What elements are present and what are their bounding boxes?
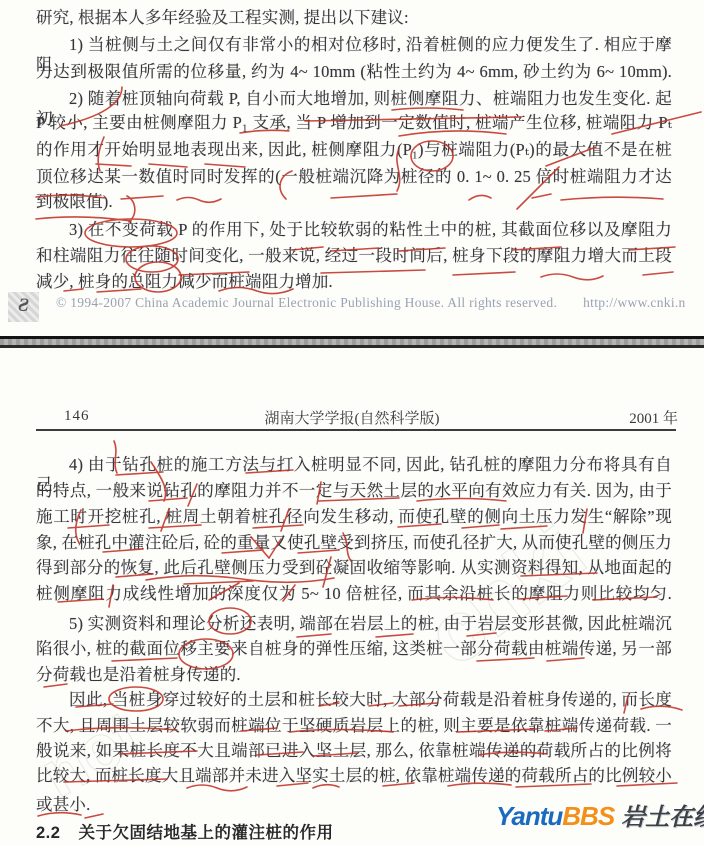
logo-yantu-text: Yantu	[496, 801, 562, 831]
text-line: 和柱端阻力往往随时间变化, 一般来说, 经过一段时间后, 桩身下段的摩阻力增大而…	[36, 246, 672, 268]
text-line: 得到部分的恢复, 此后孔壁侧压力受到砼凝固收缩等影响. 从实测资料得知, 从地面…	[36, 558, 672, 580]
cnki-logo-icon: Ƨ	[8, 292, 39, 322]
text-line: 桩侧摩阻力成线性增加的深度仅为 5~ 10 倍桩径, 而其余沿桩长的摩阻力则比较…	[36, 584, 672, 606]
text-line: 不大, 且周围土层较软弱而桩端位于坚硬质岩层上的桩, 则主要是依靠桩端传递荷载.…	[36, 716, 672, 738]
text-line: 般说来, 如果桩长度不大且端部已进入坚土层, 那么, 依靠桩端传递的荷载所占的比…	[36, 741, 672, 763]
section-heading: 2.2关于欠固结地基上的灌注桩的作用	[36, 819, 333, 843]
text-line: 4) 由于钻孔桩的施工方法与打入桩明显不同, 因此, 钻孔桩的摩阻力分布将具有自…	[36, 455, 672, 477]
journal-title: 湖南大学学报(自然科学版)	[0, 407, 704, 428]
text-line: 的作用才开始明显地表现出来, 因此, 桩侧摩阻力(P₁)与桩端阻力(Pₜ)的最大…	[36, 140, 672, 162]
text-line: 的特点, 一般来说钻孔的摩阻力并不一定与天然土层的水平向有效应力有关. 因为, …	[36, 481, 672, 503]
scanned-document-page: cnki net 研究, 根据本人多年经验及工程实测, 提出以下建议: 1) 当…	[0, 0, 704, 845]
text-line: 象, 在桩孔中灌注砼后, 砼的重量又使孔壁受到挤压, 而使孔径扩大, 从而使孔壁…	[36, 533, 672, 555]
copyright-url: http://www.cnki.n	[583, 295, 685, 310]
section-number: 2.2	[36, 824, 60, 842]
publication-year: 2001 年	[629, 407, 678, 428]
text-line: 比较大, 而桩长度大且端部并未进入坚实土层的桩, 依靠桩端传递的荷载所占的比例较…	[36, 766, 672, 788]
text-line: P 较小, 主要由桩侧摩阻力 P₁ 支承, 当 P 增加到一定数值时, 桩端产生…	[36, 113, 672, 135]
logo-bbs-text: BBS	[562, 801, 614, 831]
text-line: 顶位移达某一数值时同时发挥的(一般桩端沉降为桩径的 0. 1~ 0. 25 倍时…	[36, 167, 672, 189]
section-title: 关于欠固结地基上的灌注桩的作用	[78, 824, 333, 842]
page-break-divider	[0, 336, 704, 349]
text-line: 施工时开挖桩孔, 桩周土朝着桩孔径向发生移动, 而使孔壁的侧向土压力发生“解除”…	[36, 507, 672, 529]
logo-cn-text: 岩土在线	[621, 804, 704, 831]
text-line: 分荷载也是沿着桩身传递的.	[36, 665, 672, 687]
text-line: 因此, 当桩身穿过较好的土层和桩长较大时, 大部分荷载是沿着桩身传递的, 而长度	[36, 690, 672, 712]
running-head: 146 湖南大学学报(自然科学版) 2001 年	[0, 407, 704, 429]
text-line: 力达到极限值所需的位移量, 约为 4~ 10mm (粘性土约为 4~ 6mm, …	[36, 62, 672, 84]
text-line: 减少, 桩身的总阻力减少而桩端阻力增加.	[36, 272, 672, 294]
yantubbs-logo: YantuBBS岩土在线	[496, 797, 704, 832]
text-line: 陷很小, 桩的截面位移主要来自桩身的弹性压缩, 这类桩一部分荷载由桩端传递, 另…	[36, 639, 672, 661]
header-rule	[36, 429, 676, 431]
text-line: 5) 实测资料和理论分析还表明, 端部在岩层上的桩, 由于岩层变形甚微, 因此桩…	[36, 614, 672, 636]
text-line: 2) 随着桩顶轴向荷载 P, 自小而大地增加, 则桩侧摩阻力、桩端阻力也发生变化…	[36, 89, 672, 111]
copyright-line: © 1994-2007 China Academic Journal Elect…	[56, 295, 686, 311]
text-line: 3) 在不变荷载 P 的作用下, 处于比较软弱的粘性土中的桩, 其截面位移以及摩…	[36, 220, 672, 242]
text-line: 1) 当桩侧与土之间仅有非常小的相对位移时, 沿着桩侧的应力便发生了. 相应于摩…	[36, 35, 672, 57]
copyright-text: © 1994-2007 China Academic Journal Elect…	[56, 295, 557, 310]
text-line: 到极限值).	[36, 192, 672, 214]
text-line: 研究, 根据本人多年经验及工程实测, 提出以下建议:	[36, 8, 672, 30]
